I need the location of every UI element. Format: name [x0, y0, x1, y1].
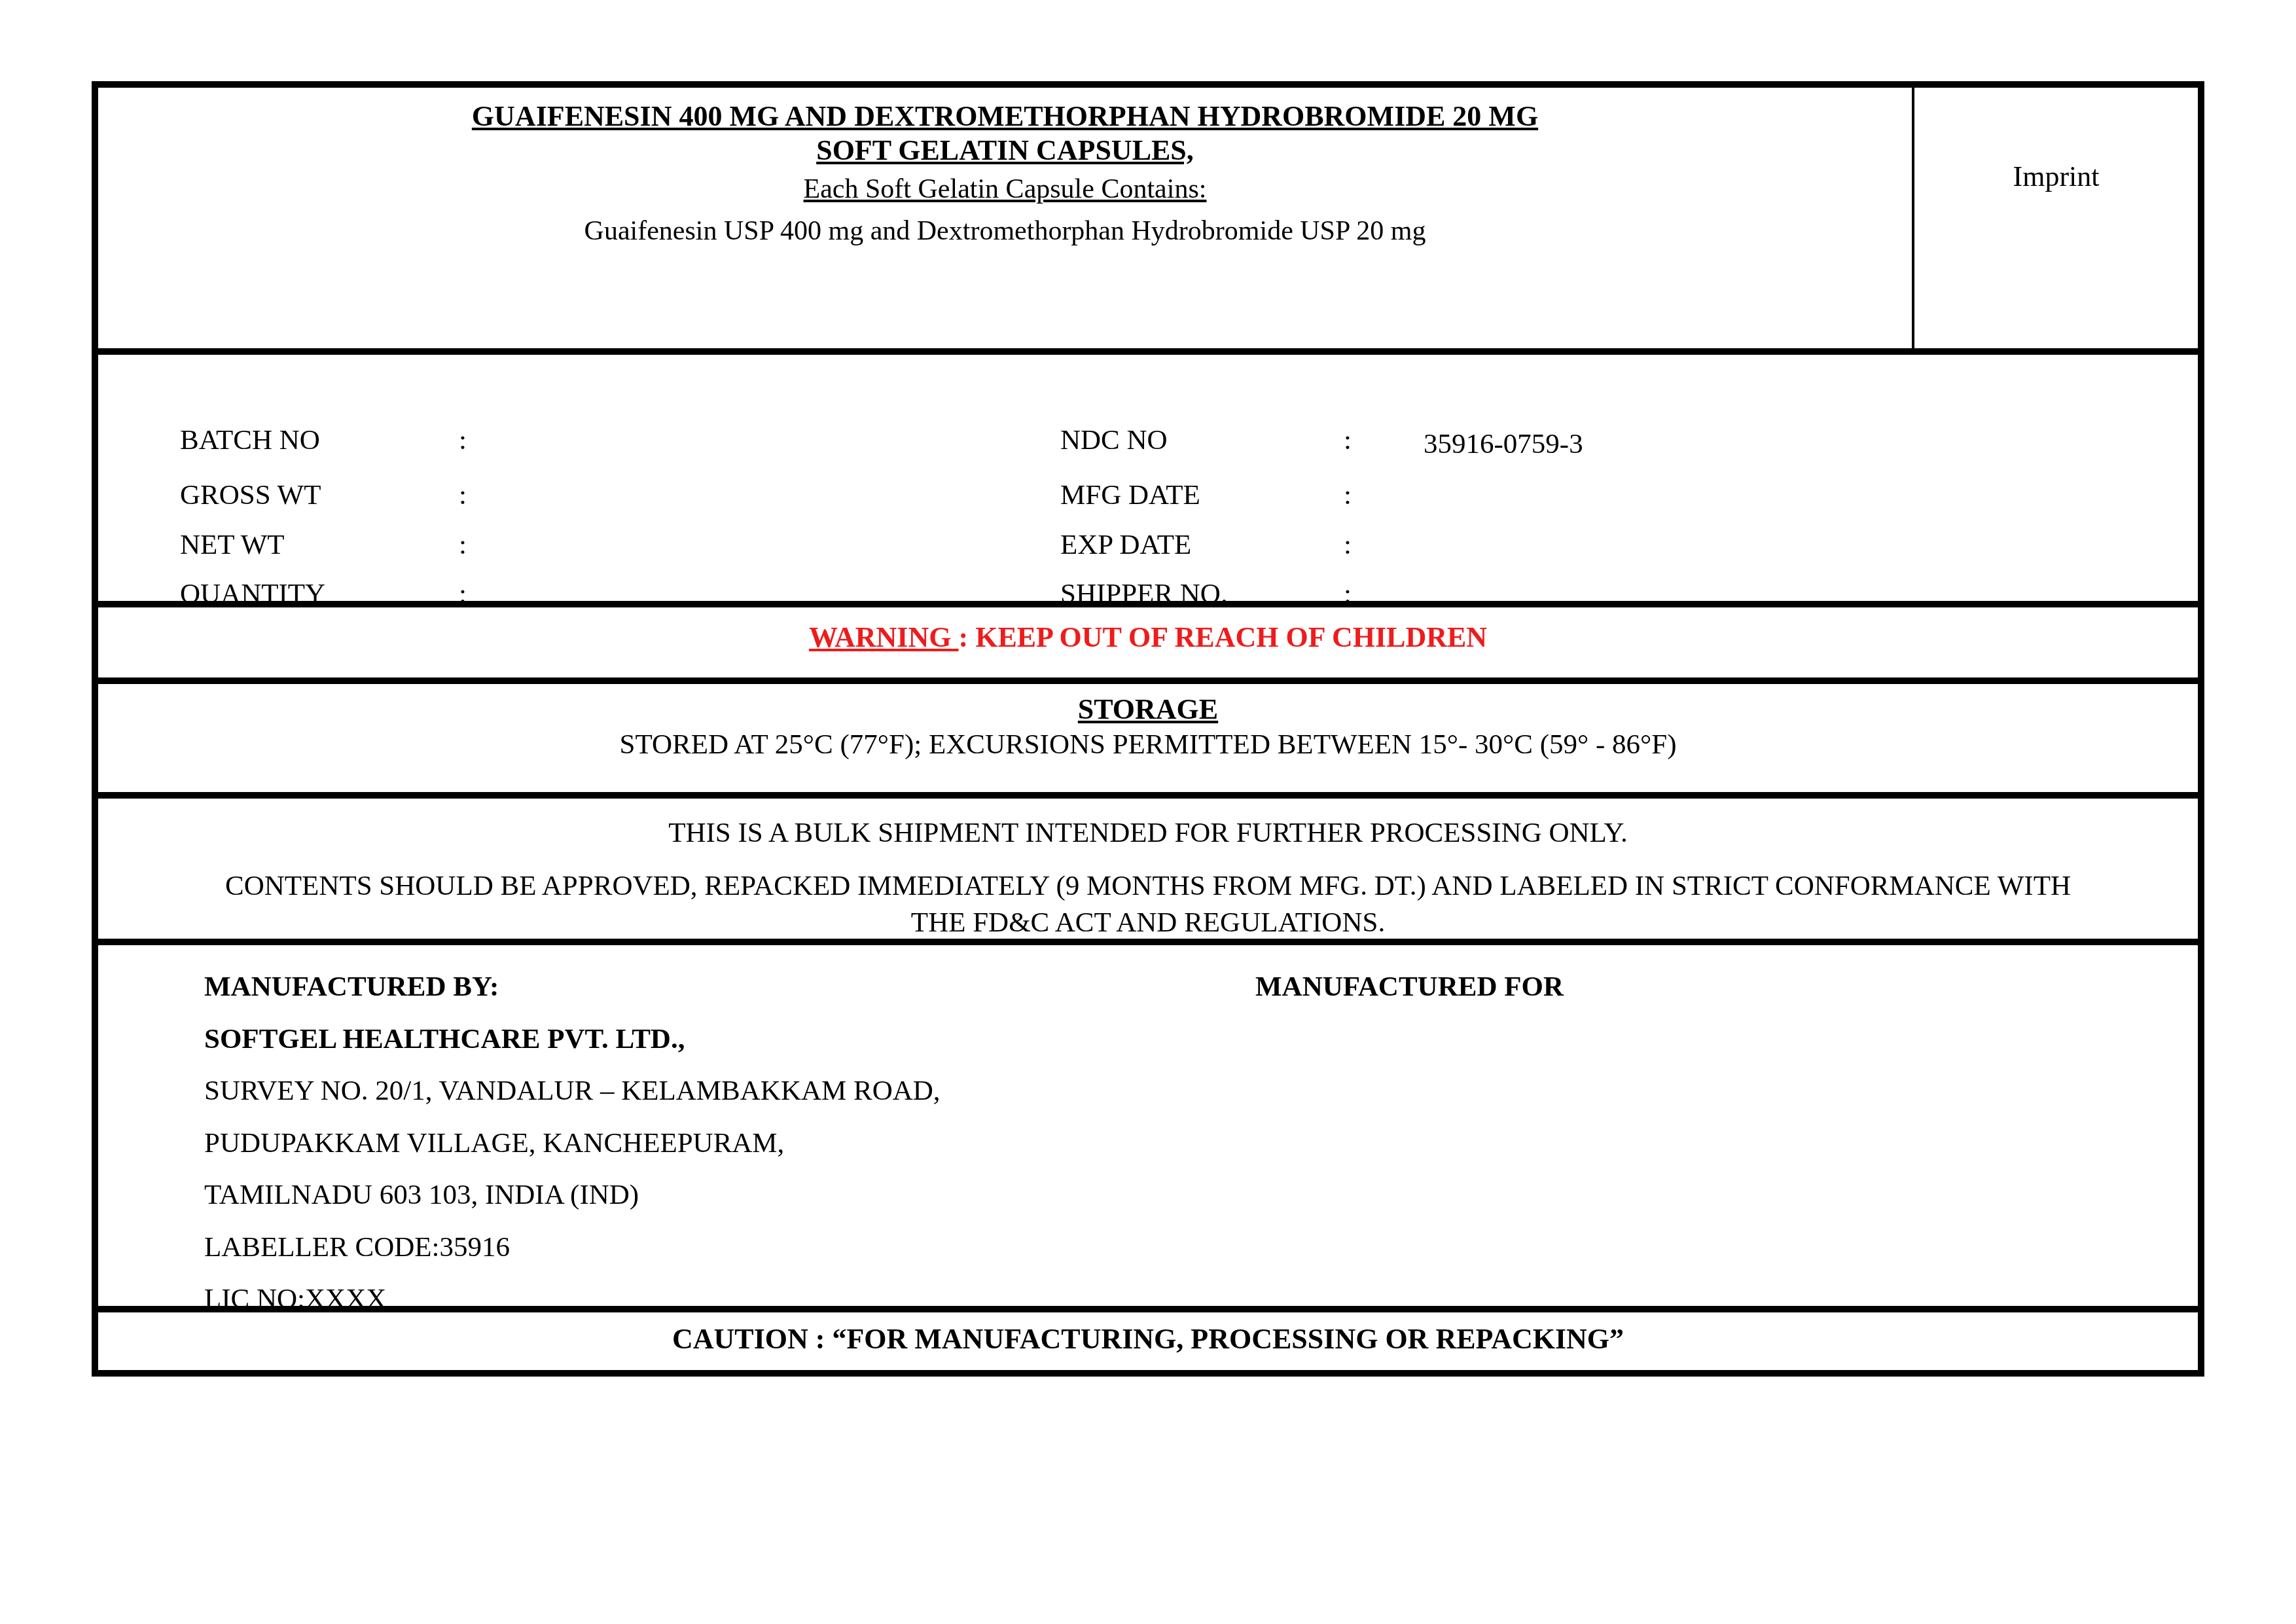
field-colon: : [1344, 529, 1352, 562]
bulk-shipment-section: THIS IS A BULK SHIPMENT INTENDED FOR FUR… [98, 799, 2198, 939]
product-label: GUAIFENESIN 400 MG AND DEXTROMETHORPHAN … [92, 81, 2204, 1377]
field-label: NDC NO [1060, 424, 1168, 457]
divider [98, 939, 2198, 945]
field-label: NET WT [180, 529, 285, 562]
title-section: GUAIFENESIN 400 MG AND DEXTROMETHORPHAN … [98, 88, 2198, 348]
warning-text: WARNING : KEEP OUT OF REACH OF CHILDREN [98, 621, 2198, 655]
address-line: PUDUPAKKAM VILLAGE, KANCHEEPURAM, [204, 1117, 941, 1170]
field-colon: : [459, 479, 467, 512]
divider [98, 1306, 2198, 1312]
address-line: SURVEY NO. 20/1, VANDALUR – KELAMBAKKAM … [204, 1065, 941, 1117]
field-label: MFG DATE [1060, 479, 1200, 512]
company-name: SOFTGEL HEALTHCARE PVT. LTD., [204, 1013, 941, 1066]
warning-message: : KEEP OUT OF REACH OF CHILDREN [959, 621, 1488, 653]
divider [98, 792, 2198, 799]
warning-section: WARNING : KEEP OUT OF REACH OF CHILDREN [98, 607, 2198, 677]
manufactured-by-block: MANUFACTURED BY: SOFTGEL HEALTHCARE PVT.… [204, 945, 941, 1326]
address-line: TAMILNADU 603 103, INDIA (IND) [204, 1169, 941, 1221]
product-title-line-1: GUAIFENESIN 400 MG AND DEXTROMETHORPHAN … [98, 99, 1912, 134]
manufacturer-section: MANUFACTURED BY: SOFTGEL HEALTHCARE PVT.… [98, 945, 2198, 1306]
product-title-line-2: SOFT GELATIN CAPSULES, [98, 134, 1912, 168]
bulk-shipment-notice: THIS IS A BULK SHIPMENT INTENDED FOR FUR… [98, 816, 2198, 851]
manufactured-for-block: MANUFACTURED FOR [1255, 945, 1564, 1013]
manufactured-for-heading: MANUFACTURED FOR [1255, 961, 1564, 1013]
divider [98, 601, 2198, 607]
labeller-code: LABELLER CODE:35916 [204, 1221, 941, 1274]
divider [98, 677, 2198, 684]
storage-heading: STORAGE [98, 692, 2198, 727]
caution-text: CAUTION : “FOR MANUFACTURING, PROCESSING… [98, 1322, 2198, 1357]
field-label: GROSS WT [180, 479, 321, 512]
contains-label: Each Soft Gelatin Capsule Contains: [98, 171, 1912, 207]
caution-section: CAUTION : “FOR MANUFACTURING, PROCESSING… [98, 1312, 2198, 1370]
field-colon: : [459, 529, 467, 562]
storage-section: STORAGE STORED AT 25°C (77°F); EXCURSION… [98, 684, 2198, 792]
divider [98, 348, 2198, 355]
field-colon: : [459, 424, 467, 457]
composition-text: Guaifenesin USP 400 mg and Dextromethorp… [98, 213, 1912, 249]
storage-text: STORED AT 25°C (77°F); EXCURSIONS PERMIT… [98, 727, 2198, 763]
repack-instructions: CONTENTS SHOULD BE APPROVED, REPACKED IM… [98, 868, 2198, 941]
ndc-number: 35916-0759-3 [1424, 428, 1583, 461]
imprint-divider [1912, 88, 1914, 348]
product-title-block: GUAIFENESIN 400 MG AND DEXTROMETHORPHAN … [98, 88, 1912, 348]
field-label: EXP DATE [1060, 529, 1191, 562]
field-colon: : [1344, 424, 1352, 457]
batch-info-section: BATCH NO : GROSS WT : NET WT : QUANTITY … [98, 355, 2198, 601]
field-label: BATCH NO [180, 424, 320, 457]
field-colon: : [1344, 479, 1352, 512]
imprint-label: Imprint [1914, 160, 2198, 193]
warning-word: WARNING [809, 621, 959, 653]
manufactured-by-heading: MANUFACTURED BY: [204, 961, 941, 1013]
